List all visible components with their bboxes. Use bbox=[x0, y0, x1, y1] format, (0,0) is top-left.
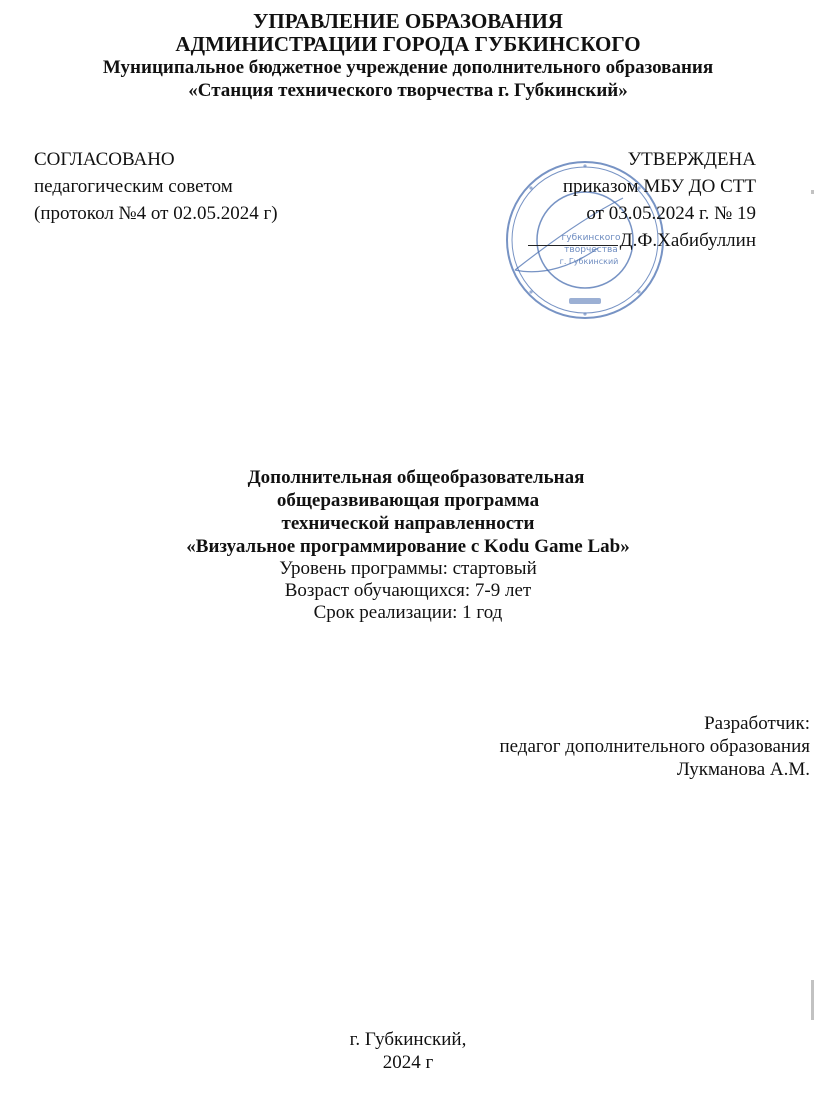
developer-label: Разработчик: bbox=[499, 712, 810, 735]
document-page: УПРАВЛЕНИЕ ОБРАЗОВАНИЯ АДМИНИСТРАЦИИ ГОР… bbox=[0, 0, 816, 1100]
approved-signatory: Д.Ф.Хабибуллин bbox=[620, 230, 756, 251]
footer-block: г. Губкинский, 2024 г bbox=[0, 1028, 816, 1074]
scan-edge-mark bbox=[811, 190, 814, 194]
developer-position: педагог дополнительного образования bbox=[499, 735, 810, 758]
developer-name: Лукманова А.М. bbox=[499, 758, 810, 781]
program-title-name: «Визуальное программирование с Kodu Game… bbox=[0, 535, 816, 558]
approved-title: УТВЕРЖДЕНА bbox=[528, 146, 756, 173]
header-institution: Муниципальное бюджетное учреждение допол… bbox=[0, 57, 816, 79]
program-age: Возраст обучающихся: 7-9 лет bbox=[0, 580, 816, 602]
program-title-line3: технической направленности bbox=[0, 512, 816, 535]
signature-line bbox=[528, 245, 618, 246]
developer-block: Разработчик: педагог дополнительного обр… bbox=[499, 712, 810, 781]
approved-signatory-row: Д.Ф.Хабибуллин bbox=[528, 227, 756, 254]
header-department: УПРАВЛЕНИЕ ОБРАЗОВАНИЯ bbox=[0, 10, 816, 32]
agreed-protocol: (протокол №4 от 02.05.2024 г) bbox=[34, 200, 278, 227]
agreed-by: педагогическим советом bbox=[34, 173, 278, 200]
program-title-block: Дополнительная общеобразовательная общер… bbox=[0, 466, 816, 624]
program-title-line1: Дополнительная общеобразовательная bbox=[8, 466, 816, 489]
approval-agreed-block: СОГЛАСОВАНО педагогическим советом (прот… bbox=[34, 146, 278, 227]
scan-edge-mark bbox=[811, 980, 814, 1020]
program-level: Уровень программы: стартовый bbox=[0, 558, 816, 580]
footer-city: г. Губкинский, bbox=[0, 1028, 816, 1051]
header-station: «Станция технического творчества г. Губк… bbox=[0, 80, 816, 102]
agreed-title: СОГЛАСОВАНО bbox=[34, 146, 278, 173]
program-duration: Срок реализации: 1 год bbox=[0, 602, 816, 624]
header-administration: АДМИНИСТРАЦИИ ГОРОДА ГУБКИНСКОГО bbox=[0, 33, 816, 55]
program-title-line2: общеразвивающая программа bbox=[0, 489, 816, 512]
approval-approved-block: УТВЕРЖДЕНА приказом МБУ ДО СТТ от 03.05.… bbox=[528, 146, 756, 254]
svg-text:г. Губкинский: г. Губкинский bbox=[560, 257, 619, 266]
approved-order: приказом МБУ ДО СТТ bbox=[528, 173, 756, 200]
approved-date-number: от 03.05.2024 г. № 19 bbox=[528, 200, 756, 227]
footer-year: 2024 г bbox=[0, 1051, 816, 1074]
